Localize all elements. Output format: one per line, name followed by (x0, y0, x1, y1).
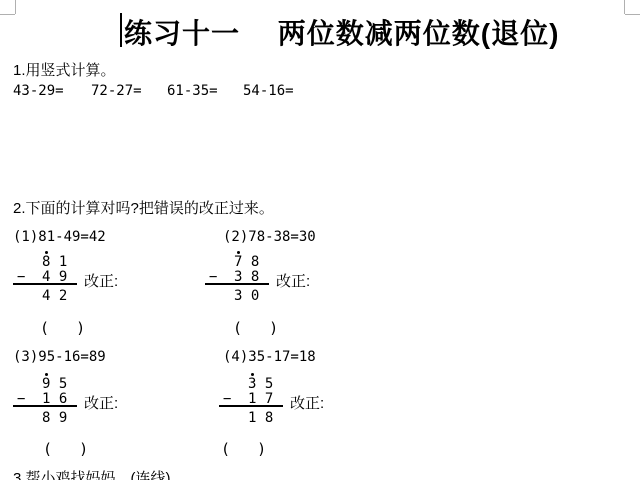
item1-equation: (1)81-49=42 (13, 229, 106, 245)
subtrahend-digits: 1 6 (42, 391, 67, 407)
minuend-row: 9 5 (13, 373, 77, 391)
judgment-parens-item4: ( ) (221, 440, 266, 458)
subtraction-problem: 72-27= (91, 83, 142, 99)
result-digits: 4 2 (42, 288, 67, 304)
subtrahend-digits: 4 9 (42, 269, 67, 285)
subtraction-problem: 54-16= (243, 83, 294, 99)
column-subtraction-item2: 7 8 − 3 8 3 0 改正: (205, 251, 269, 302)
minuend-digits: 3 5 (248, 376, 273, 392)
result-row: 3 0 (205, 285, 269, 302)
minuend-row: 8 1 (13, 251, 77, 269)
page-margin-crop-mark-left (0, 14, 15, 15)
result-digits: 1 8 (248, 410, 273, 426)
result-row: 4 2 (13, 285, 77, 302)
subtrahend-row: − 1 6 (13, 391, 77, 407)
subtraction-problem: 61-35= (167, 83, 218, 99)
subtrahend-row: − 3 8 (205, 269, 269, 285)
section1-problem-row: 43-29= 72-27= 61-35= 54-16= (13, 83, 413, 99)
section2-heading: 2.下面的计算对吗?把错误的改正过来。 (13, 197, 274, 218)
result-row: 1 8 (219, 407, 283, 424)
result-digits: 3 0 (234, 288, 259, 304)
column-subtraction-item3: 9 5 − 1 6 8 9 改正: (13, 373, 77, 424)
judgment-parens-item3: ( ) (43, 440, 88, 458)
item4-equation: (4)35-17=18 (223, 349, 316, 365)
judgment-parens-item1: ( ) (40, 319, 85, 337)
minuend-digits: 9 5 (42, 376, 67, 392)
item2-equation: (2)78-38=30 (223, 229, 316, 245)
document-page[interactable]: { "page": { "title": "练习十一 两位数减两位数(退位)",… (0, 0, 640, 480)
minuend-digits: 7 8 (234, 254, 259, 270)
worksheet-title: 练习十一 两位数减两位数(退位) (124, 12, 559, 52)
minus-sign: − (17, 269, 25, 285)
minus-sign: − (17, 391, 25, 407)
subtrahend-digits: 1 7 (248, 391, 273, 407)
subtraction-problem: 43-29= (13, 83, 64, 99)
subtrahend-row: − 4 9 (13, 269, 77, 285)
section1-heading: 1.用竖式计算。 (13, 59, 116, 80)
result-row: 8 9 (13, 407, 77, 424)
correct-label: 改正: (84, 270, 118, 291)
minuend-digits: 8 1 (42, 254, 67, 270)
item3-equation: (3)95-16=89 (13, 349, 106, 365)
minuend-row: 3 5 (219, 373, 283, 391)
minus-sign: − (223, 391, 231, 407)
page-margin-crop-mark-left (15, 0, 16, 14)
correct-label: 改正: (276, 270, 310, 291)
judgment-parens-item2: ( ) (233, 319, 278, 337)
subtrahend-digits: 3 8 (234, 269, 259, 285)
text-cursor-icon (120, 13, 122, 47)
column-subtraction-item4: 3 5 − 1 7 1 8 改正: (219, 373, 283, 424)
page-margin-crop-mark-right (625, 14, 640, 15)
minuend-row: 7 8 (205, 251, 269, 269)
correct-label: 改正: (290, 392, 324, 413)
correct-label: 改正: (84, 392, 118, 413)
section3-heading: 3.帮小鸡找妈妈。(连线) (13, 467, 171, 480)
column-subtraction-item1: 8 1 − 4 9 4 2 改正: (13, 251, 77, 302)
page-margin-crop-mark-right (624, 0, 625, 14)
subtrahend-row: − 1 7 (219, 391, 283, 407)
result-digits: 8 9 (42, 410, 67, 426)
minus-sign: − (209, 269, 217, 285)
